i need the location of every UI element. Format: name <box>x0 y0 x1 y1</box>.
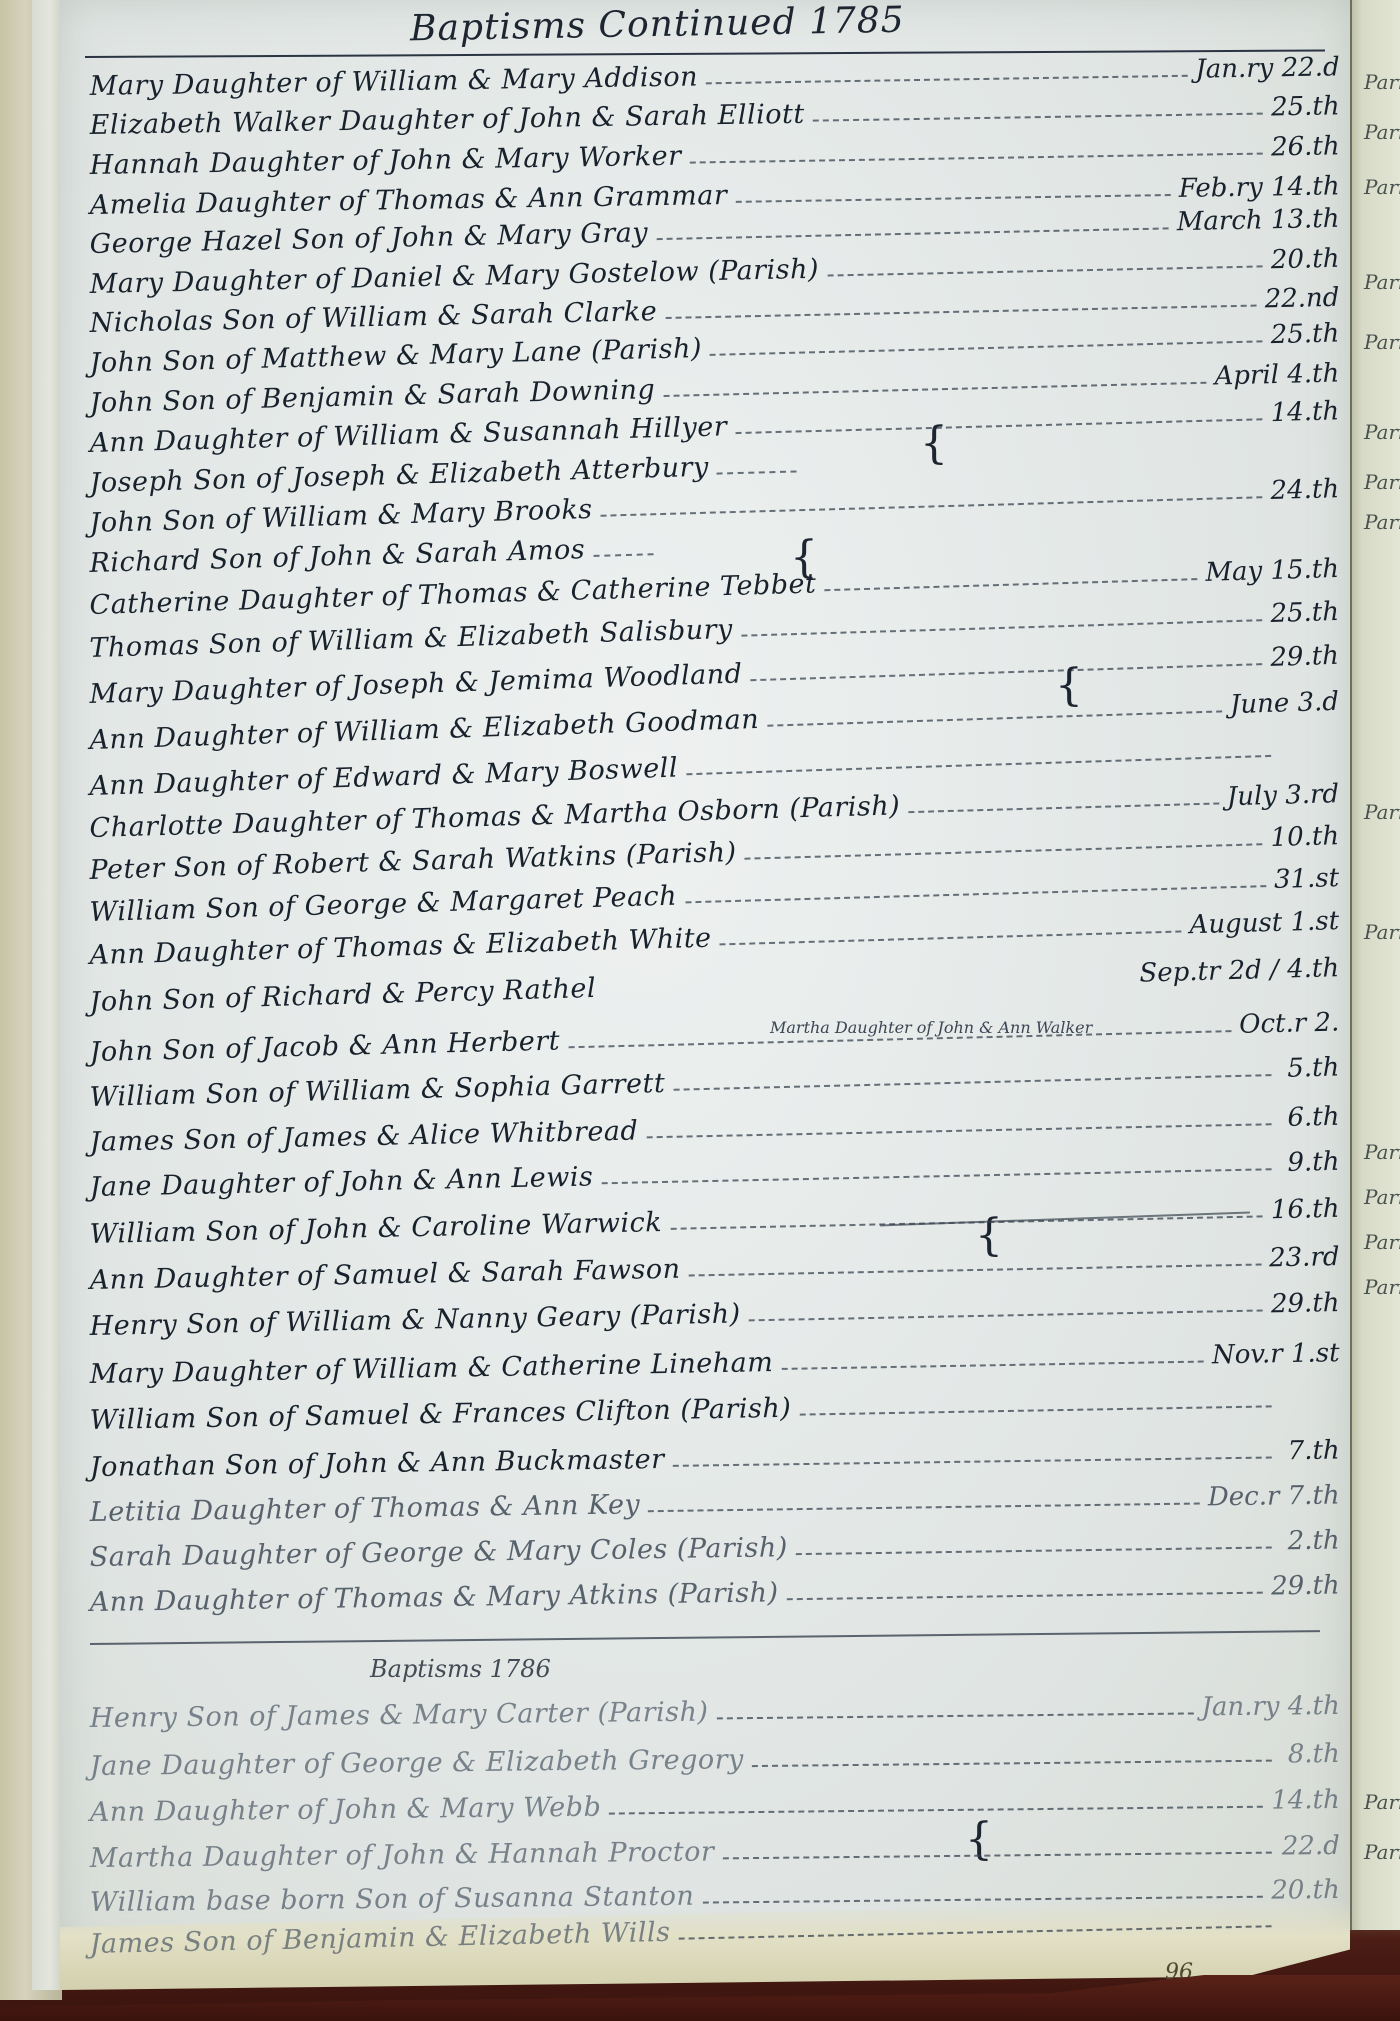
register-page-photo: Parish Parish Parish Parish Parish Paris… <box>0 0 1400 2021</box>
register-entry: Ann Daughter of John & Mary Webb 14.th <box>90 1777 1340 1828</box>
leader-dashes <box>717 1712 1194 1719</box>
entry-text: Ann Daughter of John & Mary Webb <box>90 1792 602 1828</box>
entry-date: 8.th <box>1280 1739 1340 1770</box>
entry-text: Henry Son of James & Mary Carter (Parish… <box>90 1697 709 1734</box>
leader-dashes <box>679 1925 1272 1939</box>
entry-date: 14.th <box>1271 1785 1340 1816</box>
entry-date: Jan.ry 4.th <box>1201 1691 1340 1722</box>
leader-dashes <box>722 1852 1271 1860</box>
leader-dashes <box>609 1806 1263 1815</box>
leader-dashes <box>752 1760 1272 1767</box>
entry-date <box>1280 1934 1340 1935</box>
entry-text: Martha Daughter of John & Hannah Proctor <box>90 1836 715 1874</box>
entry-text: James Son of Benjamin & Elizabeth Wills <box>89 1917 670 1960</box>
register-entry: Martha Daughter of John & Hannah Proctor… <box>90 1823 1340 1874</box>
entry-text: Jane Daughter of George & Elizabeth Greg… <box>90 1744 744 1782</box>
register-entry: Jane Daughter of George & Elizabeth Greg… <box>90 1731 1340 1782</box>
entry-date: 22.d <box>1280 1831 1340 1862</box>
register-entry: Henry Son of James & Mary Carter (Parish… <box>90 1683 1340 1734</box>
entries-1786: Henry Son of James & Mary Carter (Parish… <box>0 0 1400 2021</box>
